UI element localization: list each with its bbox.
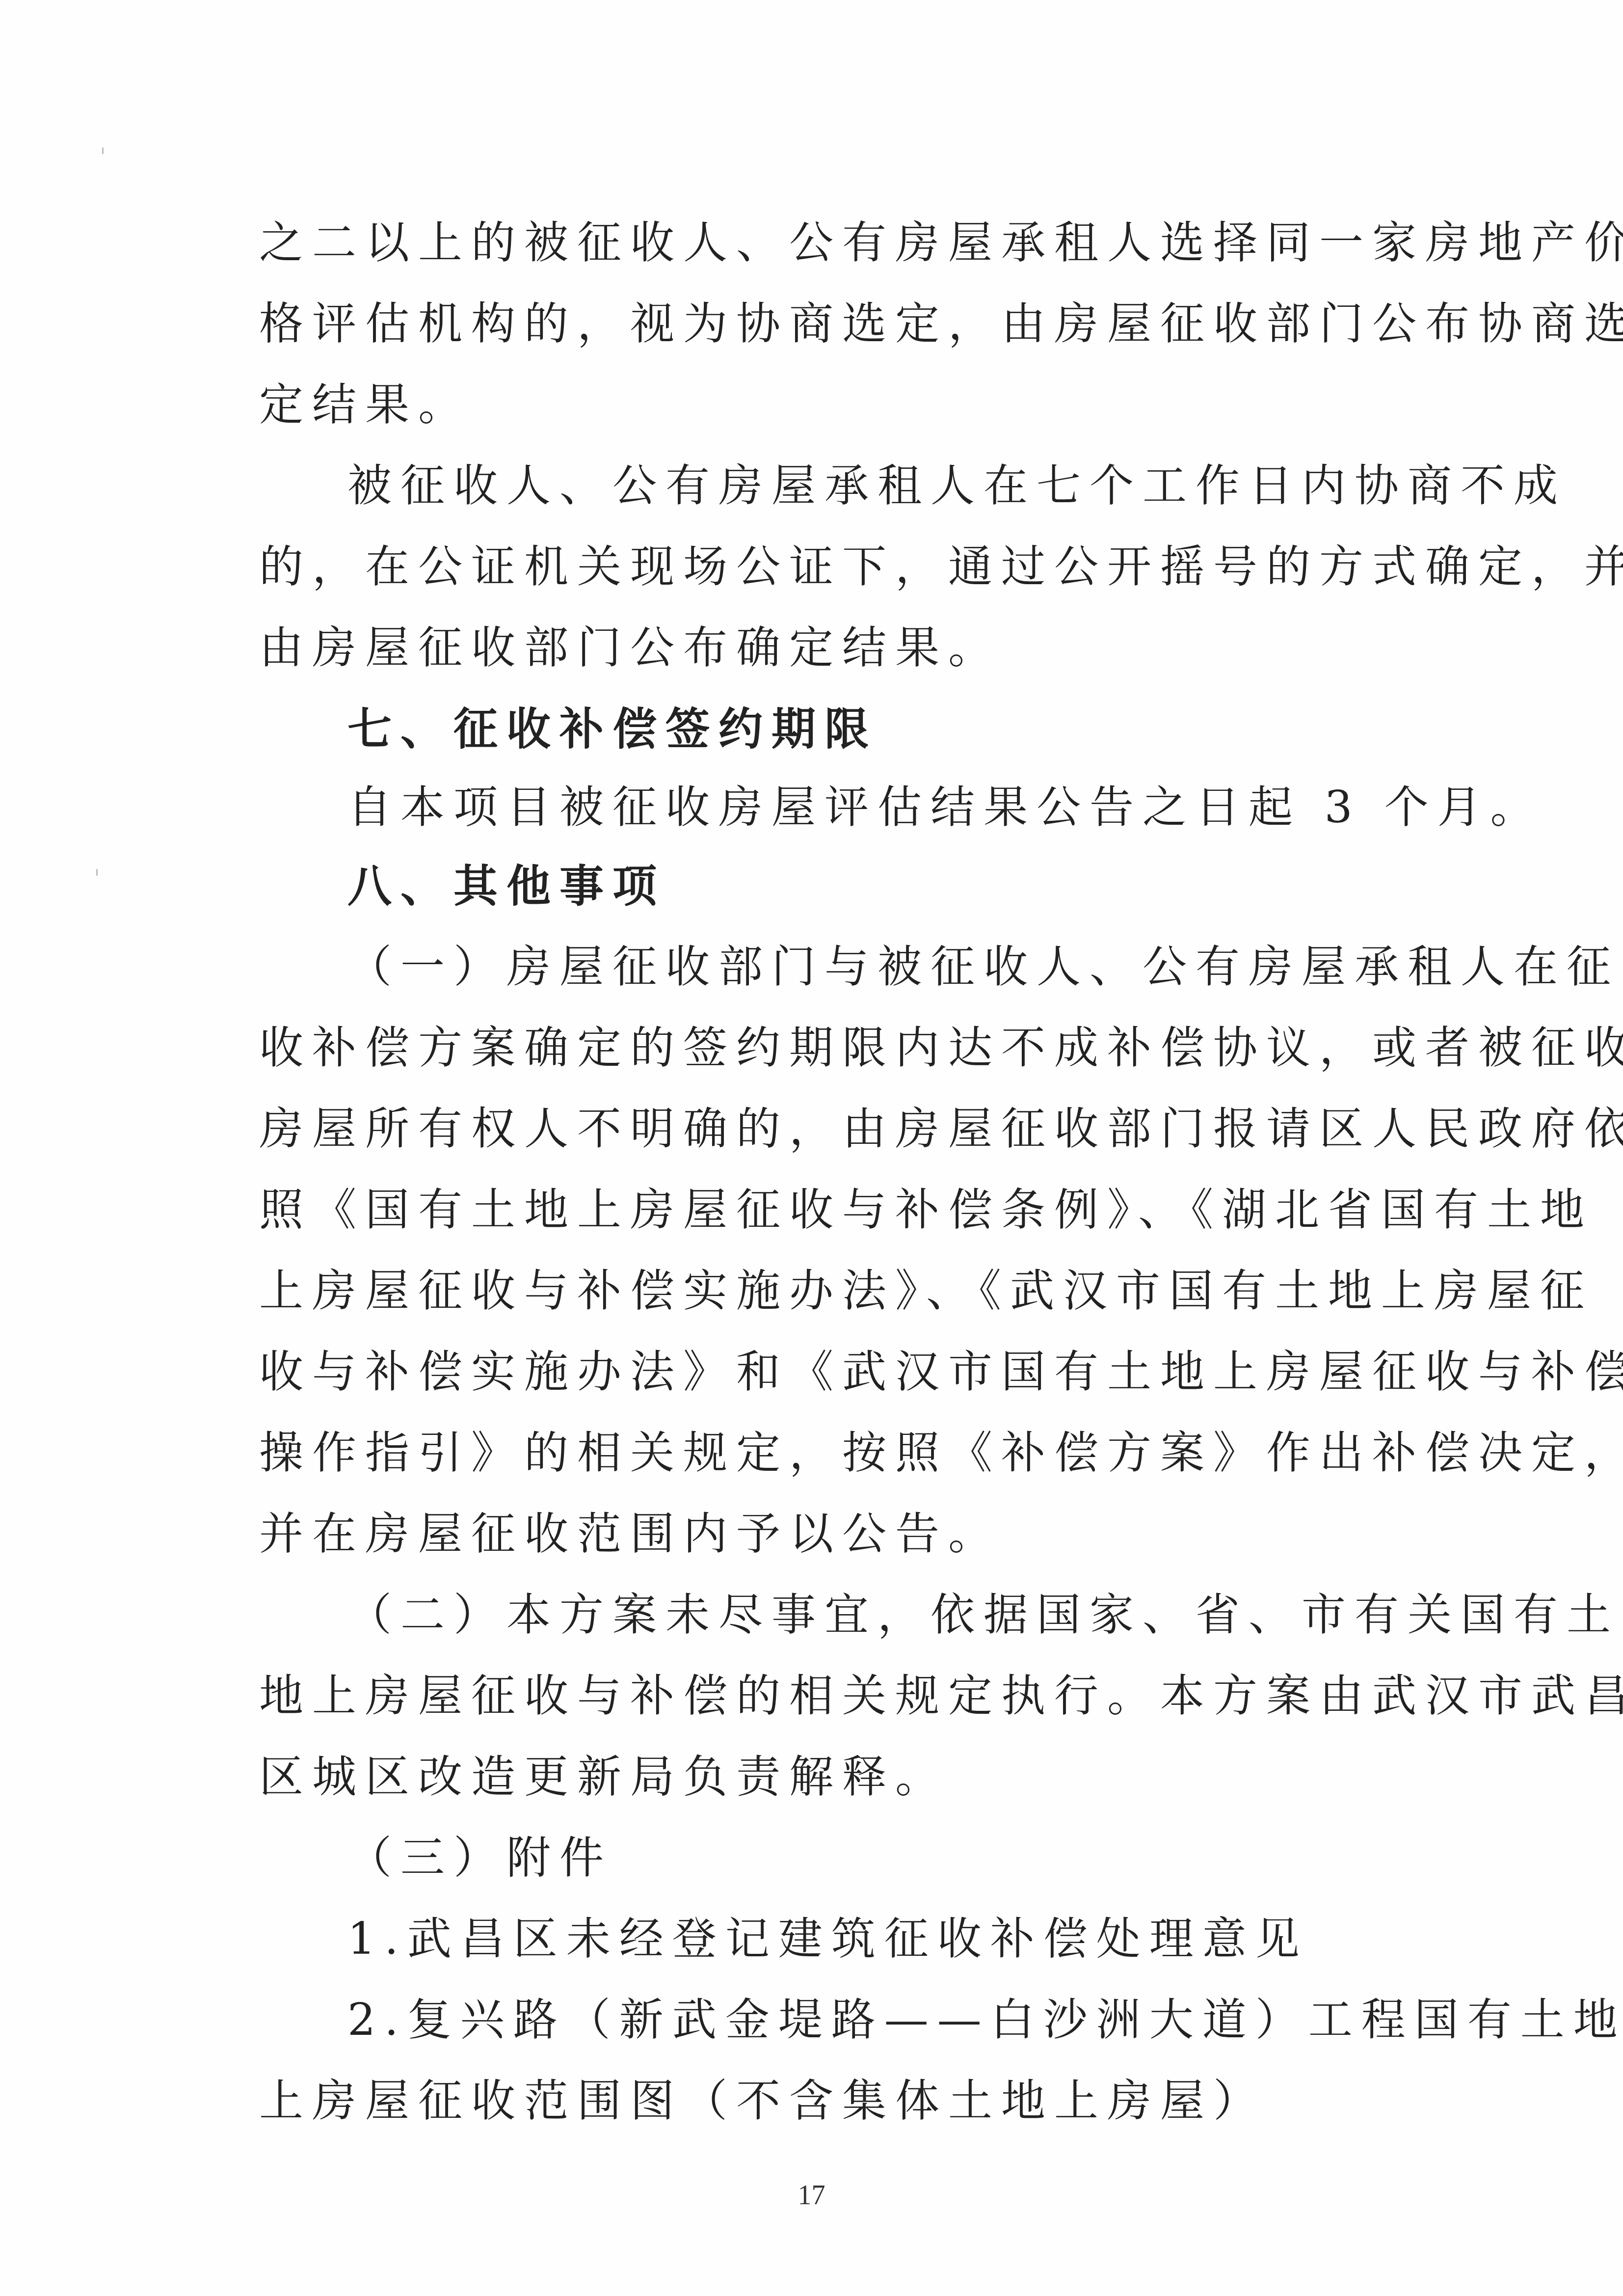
text-line: 区城区改造更新局负责解释。	[259, 1750, 1383, 1804]
text-line: （一）房屋征收部门与被征收人、公有房屋承租人在征	[347, 940, 1383, 994]
text-line: 操作指引》的相关规定，按照《补偿方案》作出补偿决定，	[259, 1426, 1383, 1480]
scan-speck	[96, 869, 98, 876]
attachments-heading: （三）附件	[347, 1831, 1383, 1885]
document-page: 之二以上的被征收人、公有房屋承租人选择同一家房地产价 格评估机构的，视为协商选定…	[0, 0, 1623, 2296]
text-line: 地上房屋征收与补偿的相关规定执行。本方案由武汉市武昌	[259, 1669, 1383, 1723]
scan-speck	[102, 147, 104, 154]
attachment-item-1: 1.武昌区未经登记建筑征收补偿处理意见	[347, 1912, 1383, 1966]
attachment-item-2: 2.复兴路（新武金堤路——白沙洲大道）工程国有土地	[347, 1993, 1383, 2047]
text-line: 定结果。	[259, 378, 1383, 432]
text-line: 被征收人、公有房屋承租人在七个工作日内协商不成	[347, 459, 1383, 513]
section-heading-8: 八、其他事项	[347, 859, 1383, 913]
text-line: （二）本方案未尽事宜，依据国家、省、市有关国有土	[347, 1588, 1383, 1642]
text-line: 照《国有土地上房屋征收与补偿条例》、《湖北省国有土地	[259, 1183, 1383, 1237]
text-line: 并在房屋征收范围内予以公告。	[259, 1507, 1383, 1561]
text-line: 上房屋征收与补偿实施办法》、《武汉市国有土地上房屋征	[259, 1264, 1383, 1318]
text-line: 自本项目被征收房屋评估结果公告之日起 3 个月。	[347, 781, 1383, 835]
text-line: 之二以上的被征收人、公有房屋承租人选择同一家房地产价	[259, 216, 1383, 270]
text-line: 收与补偿实施办法》和《武汉市国有土地上房屋征收与补偿	[259, 1345, 1383, 1399]
text-line: 房屋所有权人不明确的，由房屋征收部门报请区人民政府依	[259, 1102, 1383, 1156]
text-line: 的，在公证机关现场公证下，通过公开摇号的方式确定，并	[259, 540, 1383, 594]
attachment-item-2-cont: 上房屋征收范围图（不含集体土地上房屋）	[259, 2074, 1383, 2128]
page-number: 17	[0, 2180, 1623, 2211]
text-line: 收补偿方案确定的签约期限内达不成补偿协议，或者被征收	[259, 1021, 1383, 1075]
section-heading-7: 七、征收补偿签约期限	[347, 702, 1383, 756]
text-line: 格评估机构的，视为协商选定，由房屋征收部门公布协商选	[259, 297, 1383, 351]
text-line: 由房屋征收部门公布确定结果。	[259, 621, 1383, 675]
